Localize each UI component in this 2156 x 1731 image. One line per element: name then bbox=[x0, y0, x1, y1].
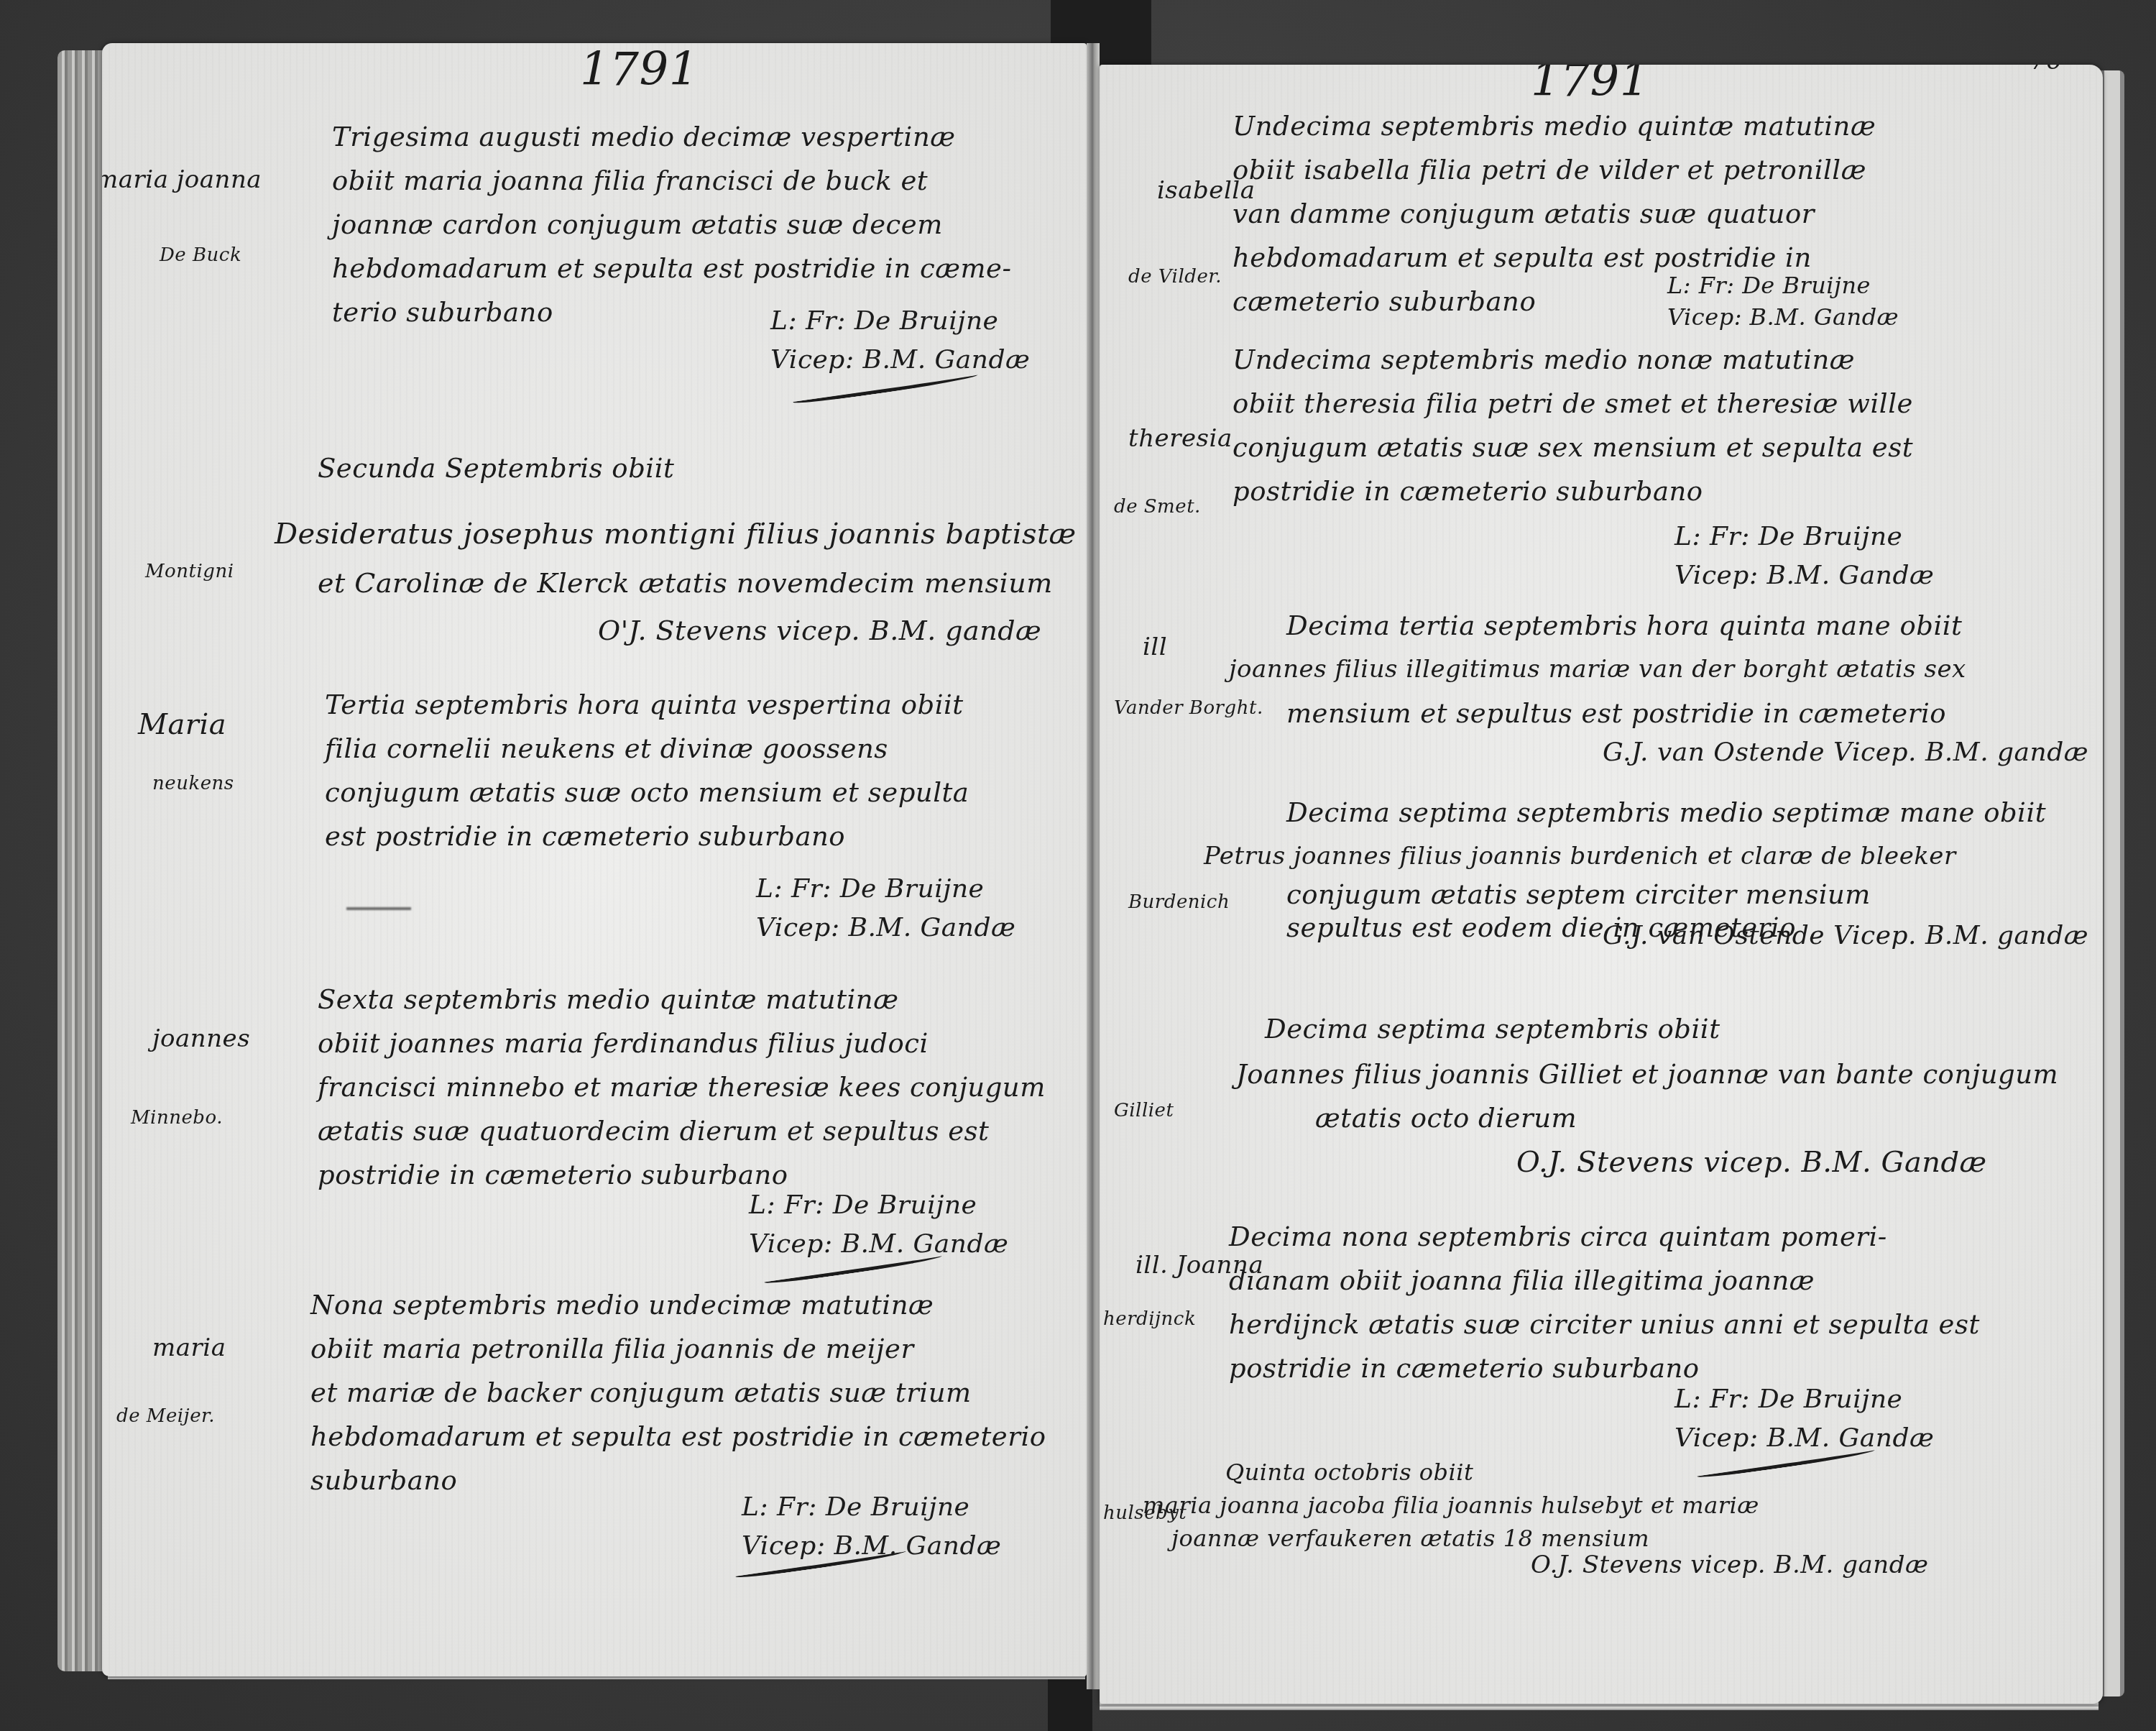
priest-signature: L: Fr: De Bruijne Vicep: B.M. Gandæ bbox=[749, 1186, 1008, 1264]
entry-line: Tertia septembris hora quinta vespertina… bbox=[325, 683, 969, 727]
left-page-stack-edge bbox=[57, 50, 103, 1671]
smudged-mark bbox=[346, 907, 411, 910]
margin-surname: de Vilder. bbox=[1128, 266, 1222, 288]
burial-entry: Secunda Septembris obiit Desideratus jos… bbox=[275, 446, 1077, 607]
priest-signature: O.J. Stevens vicep. B.M. gandæ bbox=[1531, 1546, 1928, 1584]
entry-line: joannes filius illegitimus mariæ van der… bbox=[1229, 648, 1966, 692]
burial-entry: Nona septembris medio undecimæ matutinæ … bbox=[310, 1283, 1046, 1502]
entry-line: Desideratus josephus montigni filius joa… bbox=[275, 509, 1077, 559]
entry-line: conjugum ætatis suæ sex mensium et sepul… bbox=[1233, 426, 1913, 469]
entry-line: et mariæ de backer conjugum ætatis suæ t… bbox=[310, 1371, 1046, 1415]
entry-line: Nona septembris medio undecimæ matutinæ bbox=[310, 1283, 1046, 1327]
entry-line: ætatis suæ quatuordecim dierum et sepult… bbox=[318, 1109, 1046, 1153]
priest-signature: O'J. Stevens vicep. B.M. gandæ bbox=[598, 611, 1041, 650]
burial-entry: Decima nona septembris circa quintam pom… bbox=[1229, 1215, 1980, 1390]
margin-given-name: Maria bbox=[138, 708, 226, 741]
entry-line: hebdomadarum et sepulta est postridie in… bbox=[310, 1415, 1046, 1459]
binding-gutter-bottom bbox=[1048, 1675, 1092, 1731]
priest-signature: G.J. van Ostende Vicep. B.M. gandæ bbox=[1603, 733, 2088, 772]
entry-line: Undecima septembris medio quintæ matutin… bbox=[1233, 104, 1876, 148]
margin-given-name: theresia bbox=[1128, 424, 1233, 453]
entry-line: Decima tertia septembris hora quinta man… bbox=[1229, 604, 1966, 648]
entry-line: postridie in cæmeterio suburbano bbox=[1233, 469, 1913, 513]
margin-given-name: maria bbox=[152, 1333, 226, 1362]
entry-line: joannæ cardon conjugum ætatis suæ decem bbox=[332, 203, 1012, 247]
entry-heading: Quinta octobris obiit bbox=[1143, 1456, 1759, 1489]
right-page: 1791 76 isabella de Vilder. Undecima sep… bbox=[1100, 65, 2103, 1704]
margin-surname: neukens bbox=[152, 773, 234, 794]
folio-number: 76 bbox=[2030, 65, 2062, 75]
priest-signature: L: Fr: De Bruijne Vicep: B.M. Gandæ bbox=[770, 302, 1030, 380]
entry-line: francisci minnebo et mariæ theresiæ kees… bbox=[318, 1065, 1046, 1109]
entry-line: conjugum ætatis septem circiter mensium bbox=[1204, 878, 2046, 912]
entry-line: est postridie in cæmeterio suburbano bbox=[325, 814, 969, 858]
burial-entry: Decima septima septembris obiit Joannes … bbox=[1207, 1006, 2058, 1140]
margin-given-name: joannes bbox=[152, 1024, 250, 1053]
right-page-year: 1791 bbox=[1531, 65, 1649, 107]
burial-entry: Undecima septembris medio nonæ matutinæ … bbox=[1233, 338, 1913, 513]
priest-signature: L: Fr: De Bruijne Vicep: B.M. Gandæ bbox=[1674, 518, 1934, 595]
burial-entry: Quinta octobris obiit maria joanna jacob… bbox=[1143, 1456, 1759, 1555]
burial-entry: Tertia septembris hora quinta vespertina… bbox=[325, 683, 969, 858]
entry-heading: Secunda Septembris obiit bbox=[275, 446, 1077, 492]
entry-line: Petrus joannes filius joannis burdenich … bbox=[1204, 835, 2046, 878]
entry-line: conjugum ætatis suæ octo mensium et sepu… bbox=[325, 771, 969, 814]
entry-line: obiit maria joanna filia francisci de bu… bbox=[332, 159, 1012, 203]
entry-line: dianam obiit joanna filia illegitima joa… bbox=[1229, 1259, 1980, 1303]
entry-line: obiit theresia filia petri de smet et th… bbox=[1233, 382, 1913, 426]
left-page: 1791 maria joanna De Buck Trigesima augu… bbox=[102, 43, 1087, 1676]
burial-entry: Decima tertia septembris hora quinta man… bbox=[1229, 604, 1966, 735]
entry-line: obiit maria petronilla filia joannis de … bbox=[310, 1327, 1046, 1371]
margin-surname: herdijnck bbox=[1103, 1308, 1196, 1330]
entry-line: et Carolinæ de Klerck ætatis novemdecim … bbox=[275, 559, 1077, 607]
entry-line: herdijnck ætatis suæ circiter unius anni… bbox=[1229, 1303, 1980, 1346]
entry-line: hebdomadarum et sepulta est postridie in… bbox=[332, 247, 1012, 290]
entry-line: ætatis octo dierum bbox=[1207, 1096, 2058, 1140]
entry-line: van damme conjugum ætatis suæ quatuor bbox=[1233, 192, 1876, 236]
priest-signature: G.J. van Ostende Vicep. B.M. gandæ bbox=[1603, 917, 2088, 955]
priest-signature: O.J. Stevens vicep. B.M. Gandæ bbox=[1516, 1143, 1987, 1182]
entry-heading: Decima septima septembris obiit bbox=[1207, 1006, 2058, 1052]
entry-line: obiit isabella filia petri de vilder et … bbox=[1233, 148, 1876, 192]
entry-line: Sexta septembris medio quintæ matutinæ bbox=[318, 978, 1046, 1021]
entry-line: Decima septima septembris medio septimæ … bbox=[1204, 791, 2046, 835]
margin-illegitimate-mark: ill bbox=[1143, 633, 1167, 661]
entry-line: mensium et sepultus est postridie in cæm… bbox=[1229, 692, 1966, 735]
priest-signature: L: Fr: De Bruijne Vicep: B.M. Gandæ bbox=[1674, 1380, 1934, 1458]
entry-line: filia cornelii neukens et divinæ goossen… bbox=[325, 727, 969, 771]
entry-line: Joannes filius joannis Gilliet et joannæ… bbox=[1207, 1052, 2058, 1096]
margin-given-name: maria joanna bbox=[102, 165, 262, 194]
burial-entry: Sexta septembris medio quintæ matutinæ o… bbox=[318, 978, 1046, 1197]
priest-signature: L: Fr: De Bruijne Vicep: B.M. Gandæ bbox=[1667, 270, 1899, 333]
margin-surname: Montigni bbox=[145, 561, 234, 582]
entry-line: maria joanna jacoba filia joannis hulseb… bbox=[1143, 1489, 1759, 1522]
priest-signature: L: Fr: De Bruijne Vicep: B.M. Gandæ bbox=[756, 870, 1015, 947]
margin-surname: De Buck bbox=[160, 244, 241, 266]
margin-surname: Minnebo. bbox=[131, 1107, 223, 1129]
entry-line: Undecima septembris medio nonæ matutinæ bbox=[1233, 338, 1913, 382]
entry-line: obiit joannes maria ferdinandus filius j… bbox=[318, 1021, 1046, 1065]
margin-surname: de Smet. bbox=[1114, 496, 1201, 518]
left-page-year: 1791 bbox=[580, 43, 699, 96]
margin-surname: de Meijer. bbox=[116, 1405, 215, 1427]
book-spine bbox=[1087, 43, 1100, 1689]
margin-surname: Gilliet bbox=[1114, 1100, 1174, 1121]
entry-line: Decima nona septembris circa quintam pom… bbox=[1229, 1215, 1980, 1259]
entry-line: Trigesima augusti medio decimæ vespertin… bbox=[332, 115, 1012, 159]
